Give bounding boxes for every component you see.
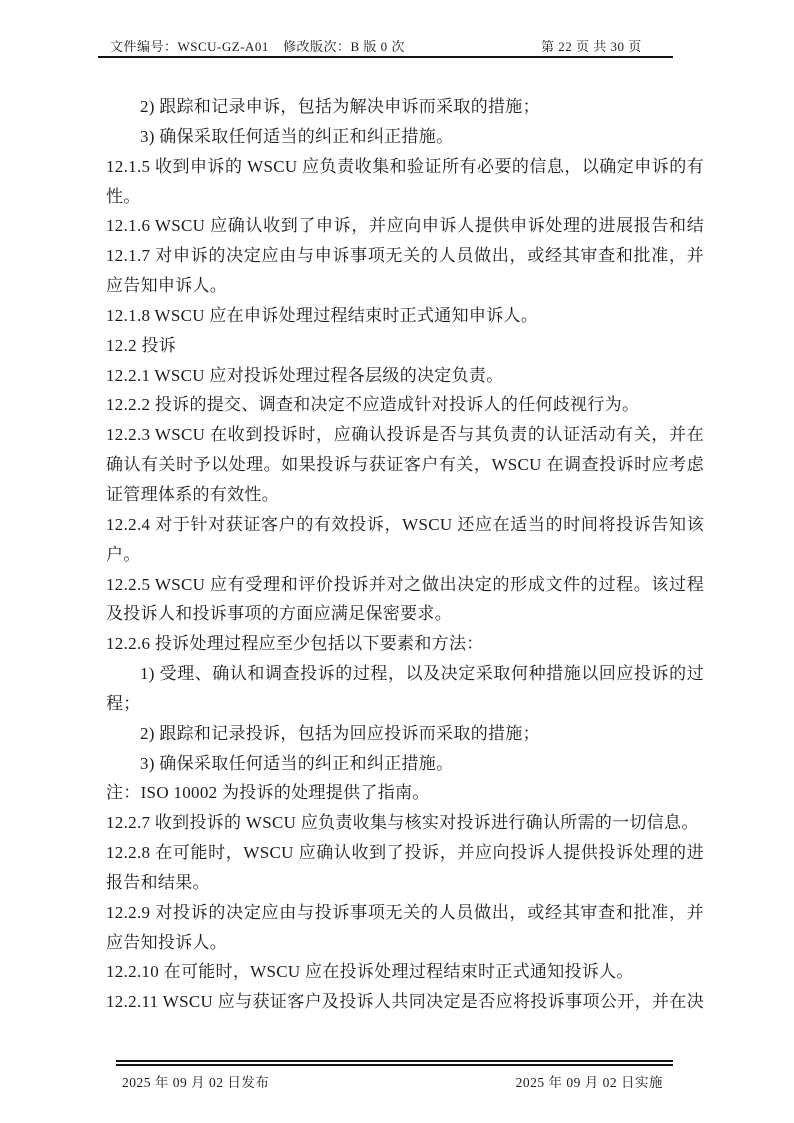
body-line: 报告和结果。 [106, 868, 704, 898]
body-line: 应告知申诉人。 [106, 271, 704, 301]
page-indicator: 第 22 页 共 30 页 [541, 36, 642, 55]
body-line: 户。 [106, 540, 704, 570]
body-line: 12.2.3 WSCU 在收到投诉时，应确认投诉是否与其负责的认证活动有关，并在… [106, 420, 704, 450]
body-line: 3) 确保采取任何适当的纠正和纠正措施。 [106, 749, 704, 779]
body-line: 证管理体系的有效性。 [106, 480, 704, 510]
doc-number: 文件编号：WSCU-GZ-A01 [110, 36, 269, 55]
body-line: 1) 受理、确认和调查投诉的过程，以及决定采取何种措施以回应投诉的过 [106, 659, 704, 689]
page-footer: 2025 年 09 月 02 日发布 2025 年 09 月 02 日实施 [122, 1071, 663, 1091]
body-line: 12.1.7 对申诉的决定应由与申诉事项无关的人员做出，或经其审查和批准，并 [106, 241, 704, 271]
body-line: 12.2.2 投诉的提交、调查和决定不应造成针对投诉人的任何歧视行为。 [106, 390, 704, 420]
document-page: 文件编号：WSCU-GZ-A01 修改版次：B 版 0 次 第 22 页 共 3… [0, 0, 794, 1123]
body-line: 12.2.5 WSCU 应有受理和评价投诉并对之做出决定的形成文件的过程。该过程… [106, 570, 704, 600]
body-lines: 2) 跟踪和记录申诉，包括为解决申诉而采取的措施；3) 确保采取任何适当的纠正和… [106, 92, 704, 1017]
body-line: 应告知投诉人。 [106, 928, 704, 958]
body-line: 性。 [106, 182, 704, 212]
body-line: 12.2.9 对投诉的决定应由与投诉事项无关的人员做出，或经其审查和批准，并 [106, 898, 704, 928]
body-line: 注：ISO 10002 为投诉的处理提供了指南。 [106, 778, 704, 808]
body-line: 12.2.8 在可能时，WSCU 应确认收到了投诉，并应向投诉人提供投诉处理的进… [106, 838, 704, 868]
body-line: 3) 确保采取任何适当的纠正和纠正措施。 [106, 122, 704, 152]
body-line: 及投诉人和投诉事项的方面应满足保密要求。 [106, 599, 704, 629]
body-line: 12.2.1 WSCU 应对投诉处理过程各层级的决定负责。 [106, 361, 704, 391]
body-line: 12.2.11 WSCU 应与获证客户及投诉人共同决定是否应将投诉事项公开，并在… [106, 987, 704, 1017]
body-line: 12.2.10 在可能时，WSCU 应在投诉处理过程结束时正式通知投诉人。 [106, 957, 704, 987]
body-line: 12.2.4 对于针对获证客户的有效投诉，WSCU 还应在适当的时间将投诉告知该… [106, 510, 704, 540]
body-line: 12.1.8 WSCU 应在申诉处理过程结束时正式通知申诉人。 [106, 301, 704, 331]
body-line: 12.1.6 WSCU 应确认收到了申诉，并应向申诉人提供申诉处理的进展报告和结… [106, 211, 704, 241]
body-line: 12.1.5 收到申诉的 WSCU 应负责收集和验证所有必要的信息，以确定申诉的… [106, 152, 704, 182]
body-line: 2) 跟踪和记录投诉，包括为回应投诉而采取的措施； [106, 719, 704, 749]
body-line: 12.2.6 投诉处理过程应至少包括以下要素和方法： [106, 629, 704, 659]
revision-label: 修改版次：B 版 0 次 [283, 36, 405, 55]
body-line: 12.2.7 收到投诉的 WSCU 应负责收集与核实对投诉进行确认所需的一切信息… [106, 808, 704, 838]
body-line: 12.2 投诉 [106, 331, 704, 361]
implement-date: 2025 年 09 月 02 日实施 [516, 1071, 663, 1091]
body-line: 2) 跟踪和记录申诉，包括为解决申诉而采取的措施； [106, 92, 704, 122]
body-line: 确认有关时予以处理。如果投诉与获证客户有关，WSCU 在调查投诉时应考虑获 [106, 450, 704, 480]
header-rule [98, 56, 673, 58]
footer-rule [116, 1060, 673, 1066]
page-header: 文件编号：WSCU-GZ-A01 修改版次：B 版 0 次 第 22 页 共 3… [110, 36, 658, 54]
issue-date: 2025 年 09 月 02 日发布 [122, 1071, 269, 1091]
body-line: 程； [106, 689, 704, 719]
